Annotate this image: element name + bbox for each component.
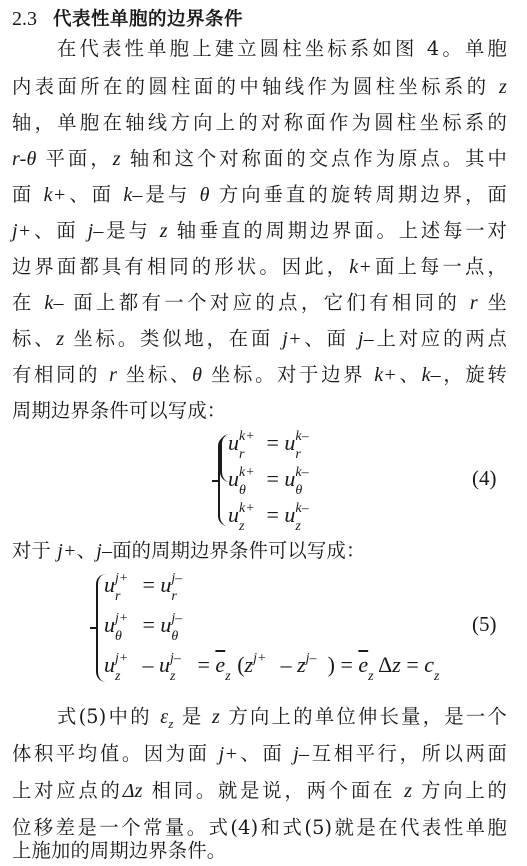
section-title: 代表性单胞的边界条件 (53, 9, 243, 30)
equation-number-5: (5) (472, 612, 497, 637)
equation-number-4: (4) (472, 466, 497, 491)
eq4-row-r: uk+r = uk–r (228, 428, 317, 458)
paragraph-line: 标、z 坐标。类似地，在面 j+、面 j–上对应的两点 (12, 322, 507, 356)
paragraph-line: j+、面 j–是与 z 轴垂直的周期边界面。上述每一对 (12, 214, 507, 248)
paragraph-line: 边界面都具有相同的形状。因此，k+面上每一点， (12, 250, 507, 284)
paragraph-line: r-θ 平面，z 轴和这个对称面的交点作为原点。其中 (12, 142, 507, 176)
eq4-row-theta: uk+θ = uk–θ (228, 464, 317, 494)
paragraph-line: 对于 j+、j–面的周期边界条件可以写成： (12, 534, 507, 568)
paragraph-line: 在代表性单胞上建立圆柱坐标系如图 4。单胞 (57, 32, 507, 66)
eq4-row-z: uk+z = uk–z (228, 500, 317, 530)
paragraph-line: 在 k– 面上都有一个对应的点，它们有相同的 r 坐 (12, 286, 507, 320)
paragraph-line: 有相同的 r 坐标、θ 坐标。对于边界 k+、k–，旋转 (12, 358, 507, 392)
paragraph-line: 上施加的周期边界条件。 (12, 836, 507, 866)
paragraph-line: 内表面所在的圆柱面的中轴线作为圆柱坐标系的 z (12, 70, 507, 104)
section-heading: 2.3代表性单胞的边界条件 (12, 4, 243, 34)
eq5-row-r: uj+r = uj–r (104, 570, 193, 600)
brace-tip (212, 480, 220, 482)
section-number: 2.3 (12, 8, 37, 30)
paragraph-line: 轴，单胞在轴线方向上的对称面作为圆柱坐标系的 (12, 106, 507, 140)
brace-tip (90, 627, 98, 629)
paragraph-line: 面 k+、面 k–是与 θ 方向垂直的旋转周期边界，面 (12, 178, 507, 212)
paragraph-line: 上对应点的Δz 相同。就是说，两个面在 z 方向上的 (12, 774, 507, 808)
paragraph-line: 体积平均值。因为面 j+、面 j–互相平行，所以两面 (12, 737, 507, 771)
paragraph-line: 式(5)中的 εz 是 z 方向上的单位伸长量，是一个 (57, 700, 507, 734)
eq5-row-z: uj+z – uj–z = ez(zj+ – zj–) = ezΔz = cz (104, 650, 444, 680)
paper-page: 2.3代表性单胞的边界条件 在代表性单胞上建立圆柱坐标系如图 4。单胞 内表面所… (0, 0, 527, 866)
paragraph-line: 周期边界条件可以写成： (12, 394, 507, 428)
eq5-row-theta: uj+θ = uj–θ (104, 610, 193, 640)
